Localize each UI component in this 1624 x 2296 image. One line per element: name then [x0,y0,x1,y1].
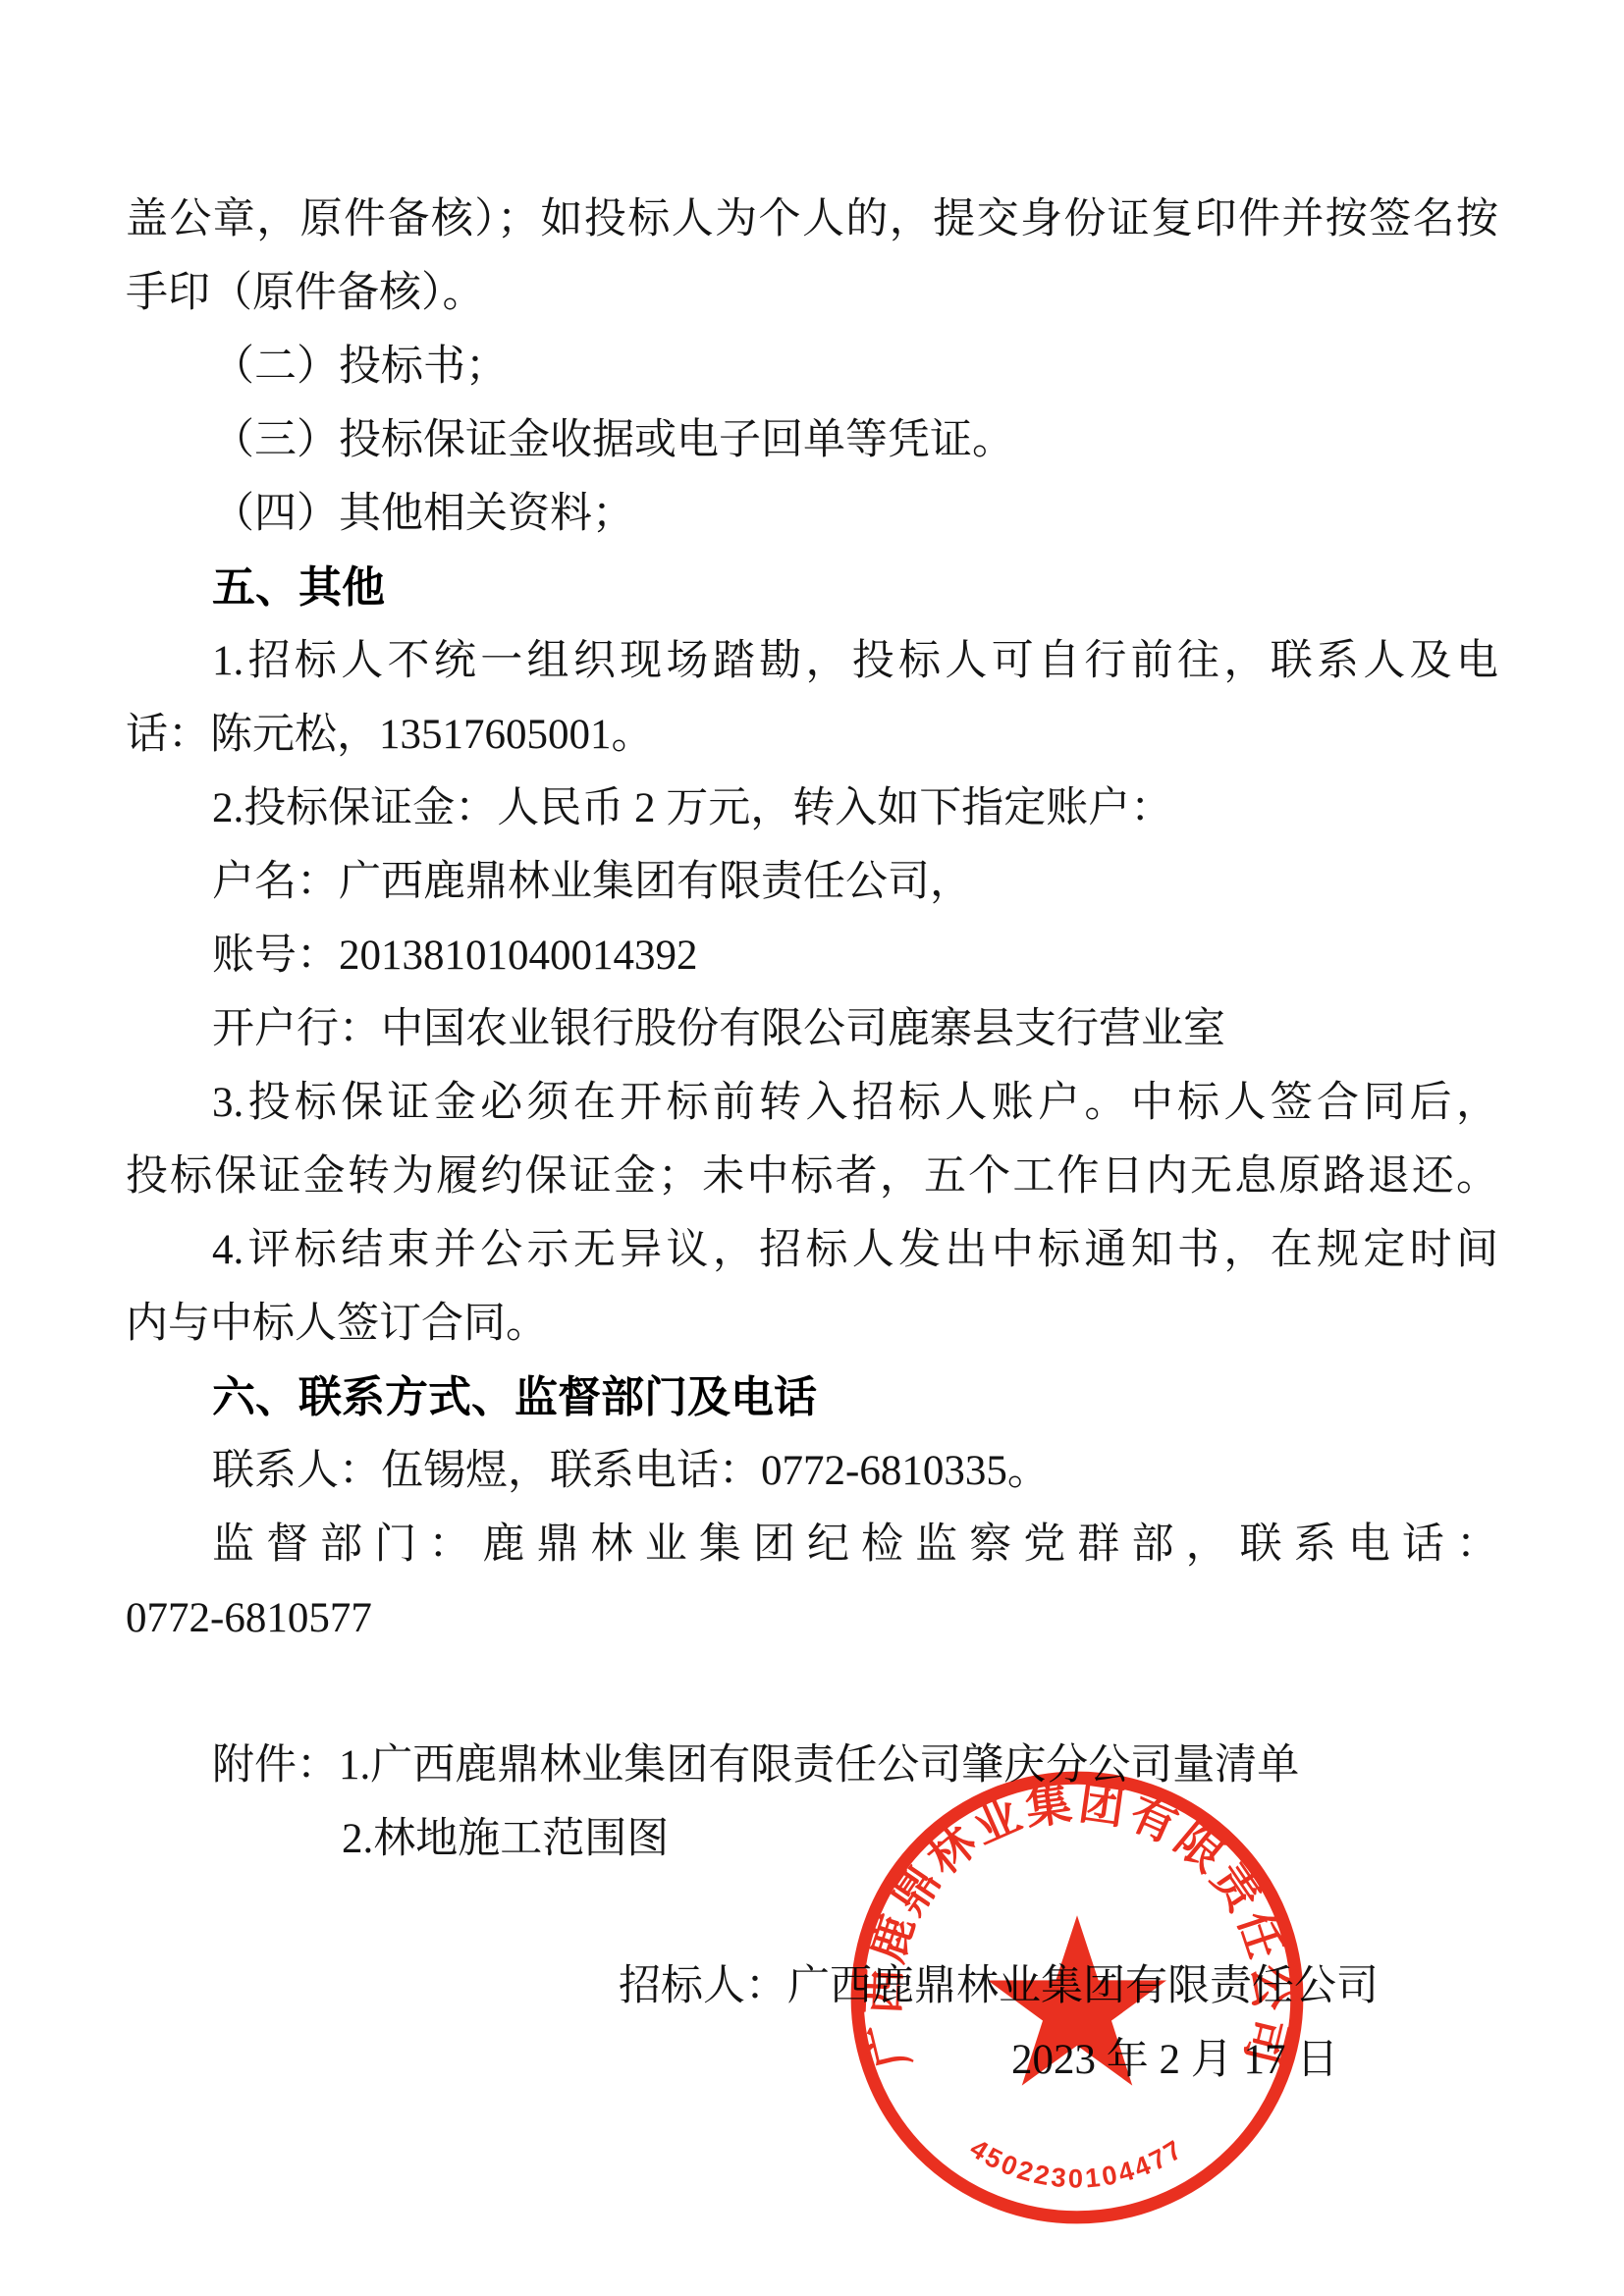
section-heading: 五、其他 [126,551,1498,624]
document-line: （三）投标保证金收据或电子回单等凭证。 [126,403,1498,477]
document-line: 2.投标保证金：人民币 2 万元，转入如下指定账户： [126,772,1498,845]
document-line: 开户行：中国农业银行股份有限公司鹿寨县支行营业室 [126,992,1498,1066]
document-line: 账号：20138101040014392 [126,919,1498,992]
seal-serial-number: 4502230104477 [965,2133,1190,2194]
document-line: 投标保证金转为履约保证金；未中标者，五个工作日内无息原路退还。 [126,1140,1498,1213]
document-line: 3.投标保证金必须在开标前转入招标人账户。中标人签合同后， [126,1066,1498,1140]
document-line: 2.林地施工范围图 [126,1802,1498,1876]
document-line: 内与中标人签订合同。 [126,1287,1498,1361]
section-heading: 六、联系方式、监督部门及电话 [126,1361,1498,1434]
document-line: （二）投标书； [126,330,1498,403]
document-line: 4.评标结束并公示无异议，招标人发出中标通知书，在规定时间 [126,1213,1498,1287]
document-line: 招标人：广西鹿鼎林业集团有限责任公司 [126,1949,1498,2023]
document-lines: 盖公章，原件备核）；如投标人为个人的，提交身份证复印件并按签名按手印（原件备核）… [126,0,1498,2097]
document-line: 监督部门：鹿鼎林业集团纪检监察党群部，联系电话： [126,1508,1498,1581]
document-line [126,1876,1498,1949]
document-line: 手印（原件备核）。 [126,256,1498,330]
document-page: 盖公章，原件备核）；如投标人为个人的，提交身份证复印件并按签名按手印（原件备核）… [0,0,1624,2296]
document-line: （四）其他相关资料； [126,477,1498,551]
document-line: 盖公章，原件备核）；如投标人为个人的，提交身份证复印件并按签名按 [126,183,1498,256]
document-line: 户名：广西鹿鼎林业集团有限责任公司， [126,845,1498,919]
document-line: 2023 年 2 月 17 日 [126,2023,1498,2097]
document-line: 话：陈元松，13517605001。 [126,698,1498,772]
document-line: 附件：1.广西鹿鼎林业集团有限责任公司肇庆分公司量清单 [126,1729,1498,1802]
document-line: 0772-6810577 [126,1581,1498,1655]
document-line [126,1655,1498,1729]
document-line: 联系人：伍锡煜，联系电话：0772-6810335。 [126,1434,1498,1508]
document-line: 1.招标人不统一组织现场踏勘，投标人可自行前往，联系人及电 [126,624,1498,698]
